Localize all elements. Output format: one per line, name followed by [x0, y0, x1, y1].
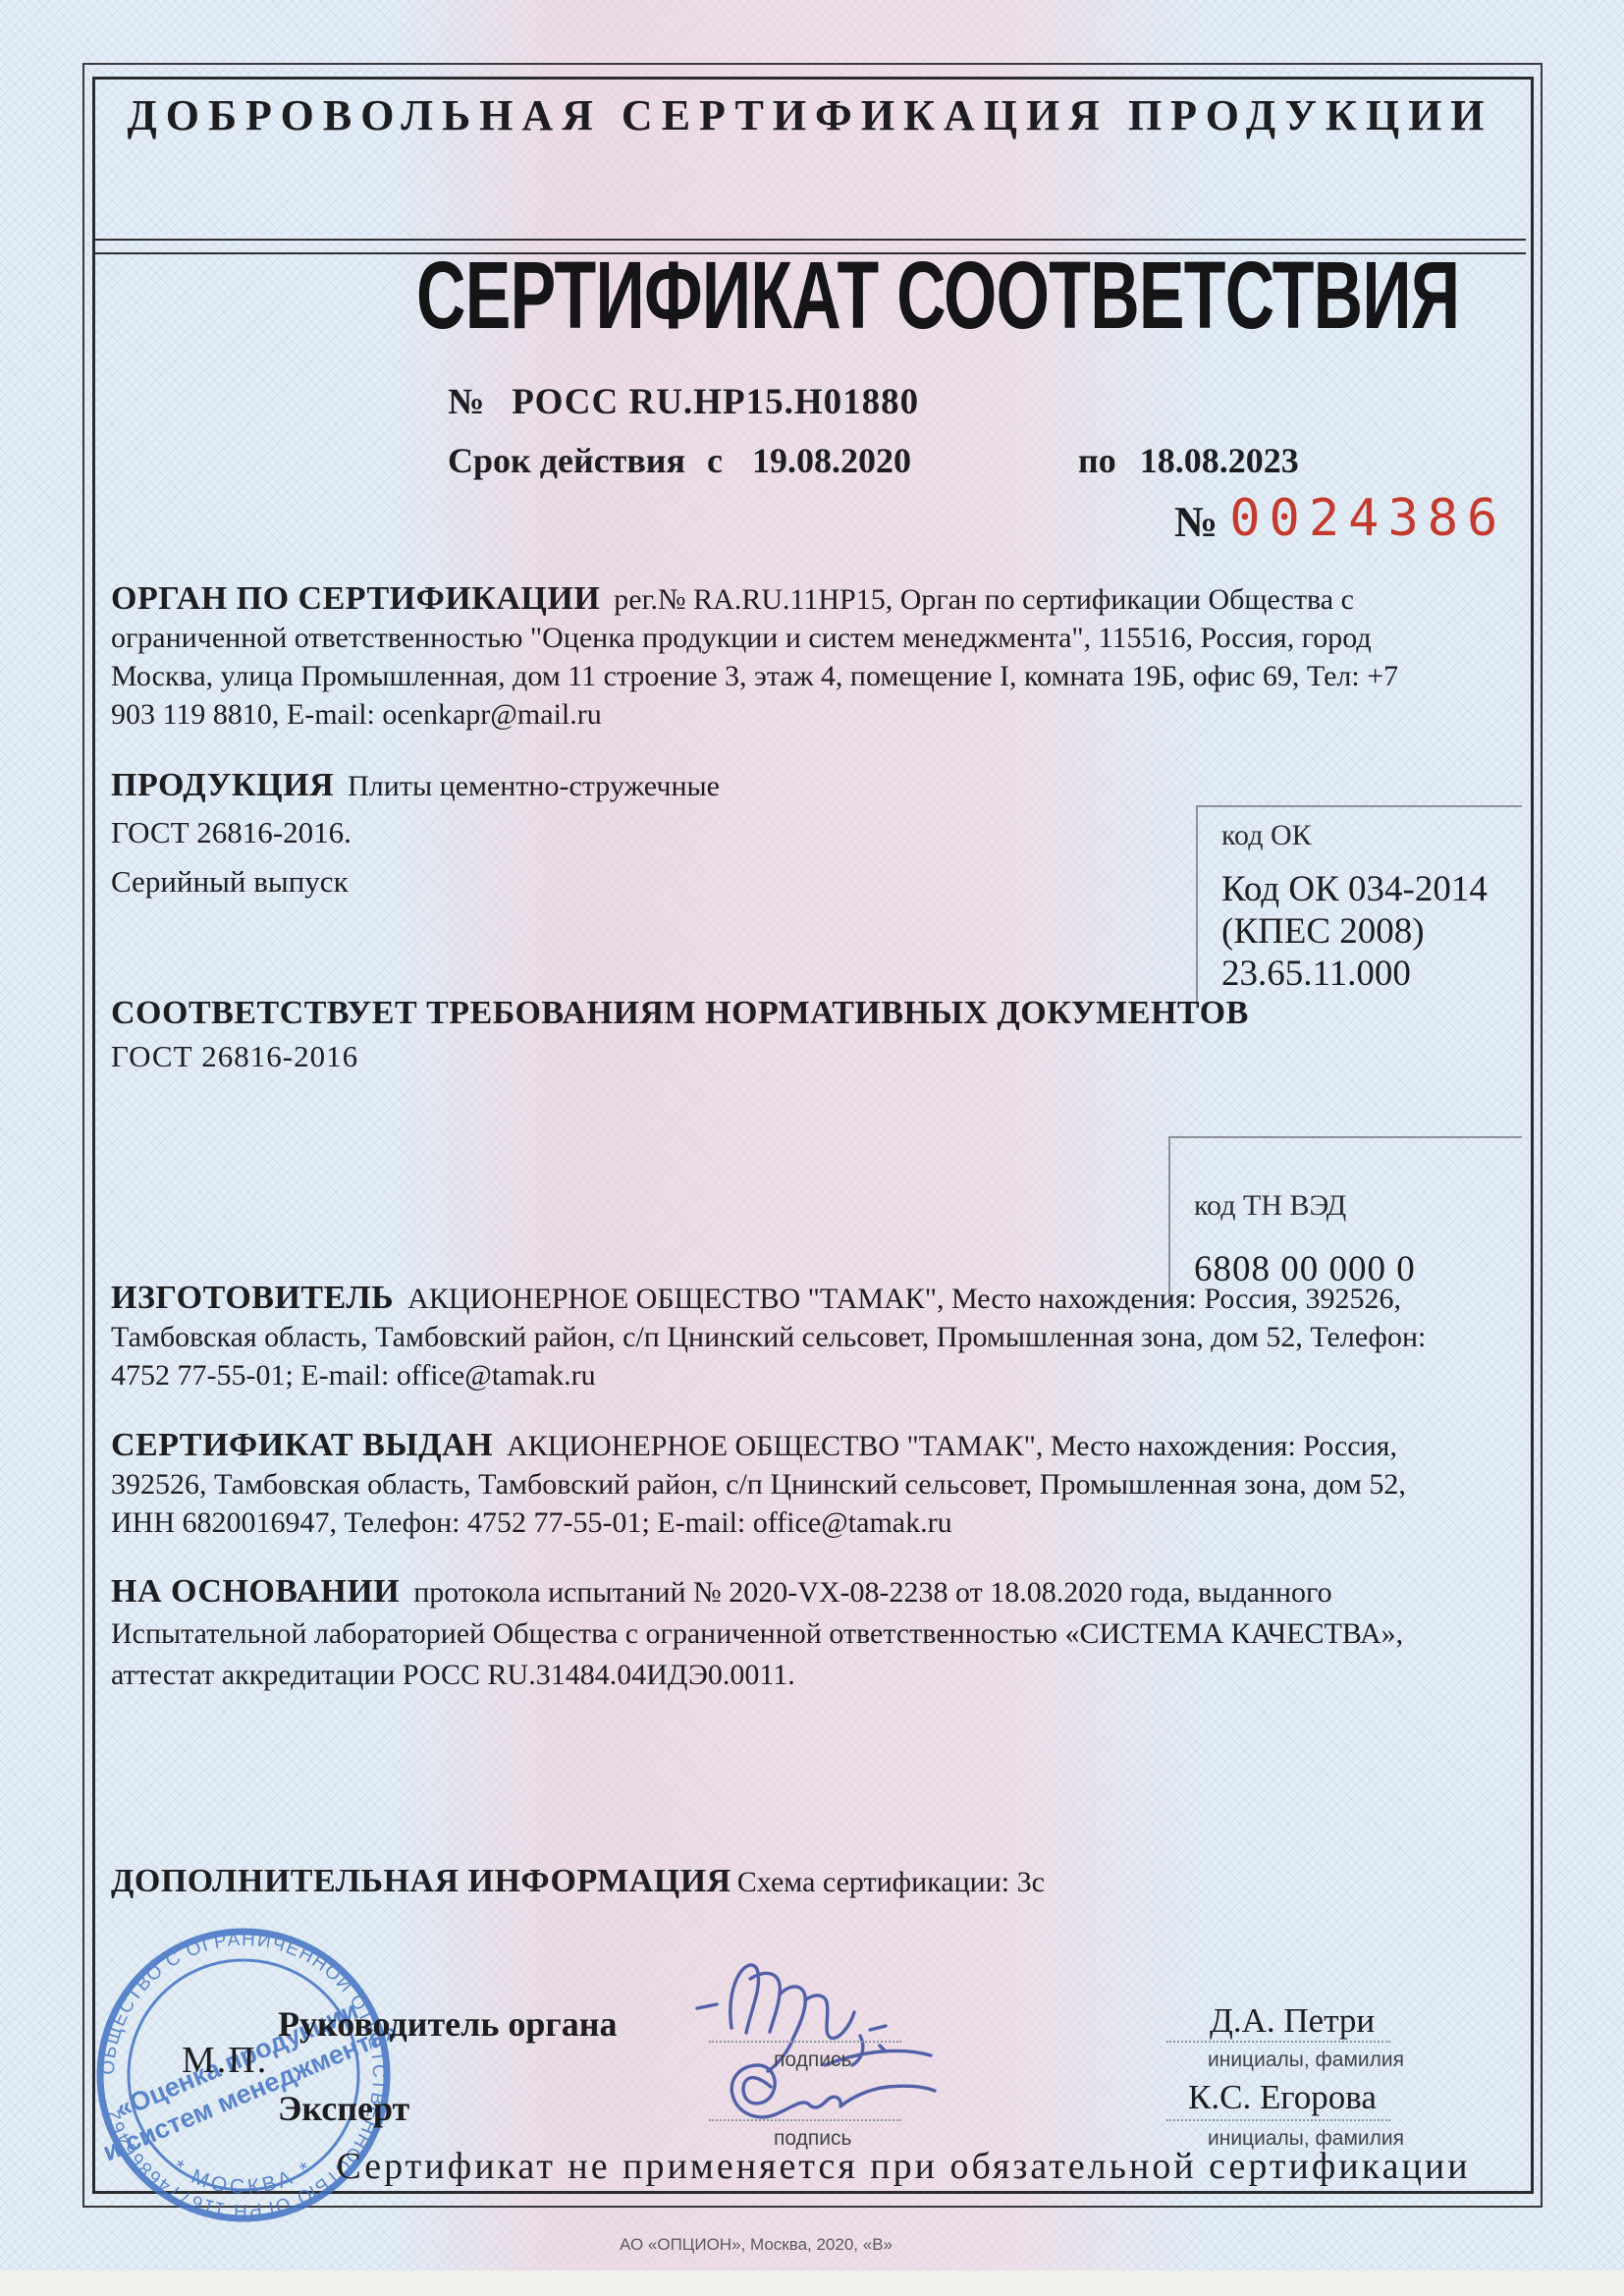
handwritten-signatures [677, 1940, 1001, 2156]
issued-to-section: СЕРТИФИКАТ ВЫДАНАКЦИОНЕРНОЕ ОБЩЕСТВО "ТА… [111, 1426, 1448, 1542]
mandatory-certification-note: Сертификат не применяется при обязательн… [324, 2145, 1483, 2188]
additional-info-section: ДОПОЛНИТЕЛЬНАЯ ИНФОРМАЦИЯСхема сертифика… [111, 1862, 1448, 1901]
signature-caption: подпись [774, 2049, 851, 2072]
product-name: Плиты цементно-стружечные [348, 770, 720, 802]
expert-name-line [1166, 2119, 1390, 2121]
certificate-number: РОСС RU.HP15.H01880 [512, 382, 919, 422]
ok-code-label: код ОК [1221, 819, 1522, 852]
validity-from-date: 19.08.2020 [752, 441, 911, 480]
initials-caption: инициалы, фамилия [1208, 2049, 1404, 2072]
manufacturer-section: ИЗГОТОВИТЕЛЬАКЦИОНЕРНОЕ ОБЩЕСТВО "ТАМАК"… [111, 1279, 1448, 1394]
validity-to-date: 18.08.2023 [1140, 441, 1299, 480]
document-type-title: ДОБРОВОЛЬНАЯ СЕРТИФИКАЦИЯ ПРОДУКЦИИ [92, 90, 1528, 140]
ok-code-line: 23.65.11.000 [1221, 955, 1522, 993]
blank-serial-row: №0024386 [1174, 489, 1506, 548]
serial-number: 0024386 [1229, 489, 1506, 548]
product-gost: ГОСТ 26816-2016. [111, 811, 1132, 854]
conformity-label: СООТВЕТСТВУЕТ ТРЕБОВАНИЯМ НОРМАТИВНЫХ ДО… [111, 995, 1249, 1031]
serial-number-sign: № [1174, 498, 1218, 546]
expert-signature-line [709, 2119, 901, 2121]
head-of-body-label: Руководитель органа [278, 2003, 617, 2045]
certification-body-section: ОРГАН ПО СЕРТИФИКАЦИИрег.№ RA.RU.11HP15,… [111, 579, 1448, 734]
manufacturer-label: ИЗГОТОВИТЕЛЬ [111, 1280, 394, 1316]
conformity-section: СООТВЕТСТВУЕТ ТРЕБОВАНИЯМ НОРМАТИВНЫХ ДО… [111, 994, 1448, 1075]
stamp-place-mark: М.П. [182, 2039, 268, 2082]
scan-edge [0, 2270, 1624, 2296]
printing-house-info: АО «ОПЦИОН», Москва, 2020, «В» [0, 2235, 1512, 2255]
certification-body-label: ОРГАН ПО СЕРТИФИКАЦИИ [111, 580, 600, 617]
additional-info-text: Схема сертификации: 3с [737, 1866, 1045, 1898]
header-divider-line [94, 239, 1526, 241]
conformity-gost: ГОСТ 26816-2016 [111, 1037, 1448, 1075]
certificate-title: СЕРТИФИКАТ СООТВЕТСТВИЯ [416, 247, 1459, 343]
ok-code-box: код ОК Код ОК 034-2014 (КПЕС 2008) 23.65… [1196, 805, 1522, 1009]
tnved-code-label: код ТН ВЭД [1194, 1189, 1522, 1223]
validity-from-label: с [707, 441, 723, 480]
ok-code-line: Код ОК 034-2014 [1221, 870, 1522, 908]
number-sign: № [448, 382, 484, 422]
validity-to-label: по [1078, 441, 1116, 480]
product-serial-issue: Серийный выпуск [111, 860, 1132, 903]
additional-info-label: ДОПОЛНИТЕЛЬНАЯ ИНФОРМАЦИЯ [111, 1863, 731, 1899]
product-label: ПРОДУКЦИЯ [111, 767, 334, 803]
ok-code-line: (КПЕС 2008) [1221, 912, 1522, 951]
validity-row: Срок действияс19.08.2020по18.08.2023 [448, 440, 1299, 481]
head-name: Д.А. Петри [1210, 2001, 1375, 2041]
validity-label: Срок действия [448, 441, 685, 480]
expert-name: К.С. Егорова [1188, 2078, 1377, 2117]
head-name-line [1166, 2041, 1390, 2043]
issued-to-label: СЕРТИФИКАТ ВЫДАН [111, 1427, 493, 1463]
certificate-page: ДОБРОВОЛЬНАЯ СЕРТИФИКАЦИЯ ПРОДУКЦИИ СЕРТ… [0, 0, 1624, 2296]
basis-label: НА ОСНОВАНИИ [111, 1573, 400, 1610]
head-signature-line [709, 2041, 901, 2043]
basis-section: НА ОСНОВАНИИпротокола испытаний № 2020-V… [111, 1571, 1448, 1696]
expert-label: Эксперт [278, 2088, 409, 2129]
product-section: ПРОДУКЦИЯПлиты цементно-стружечные ГОСТ … [111, 766, 1132, 903]
certificate-number-row: №РОСС RU.HP15.H01880 [448, 381, 919, 423]
